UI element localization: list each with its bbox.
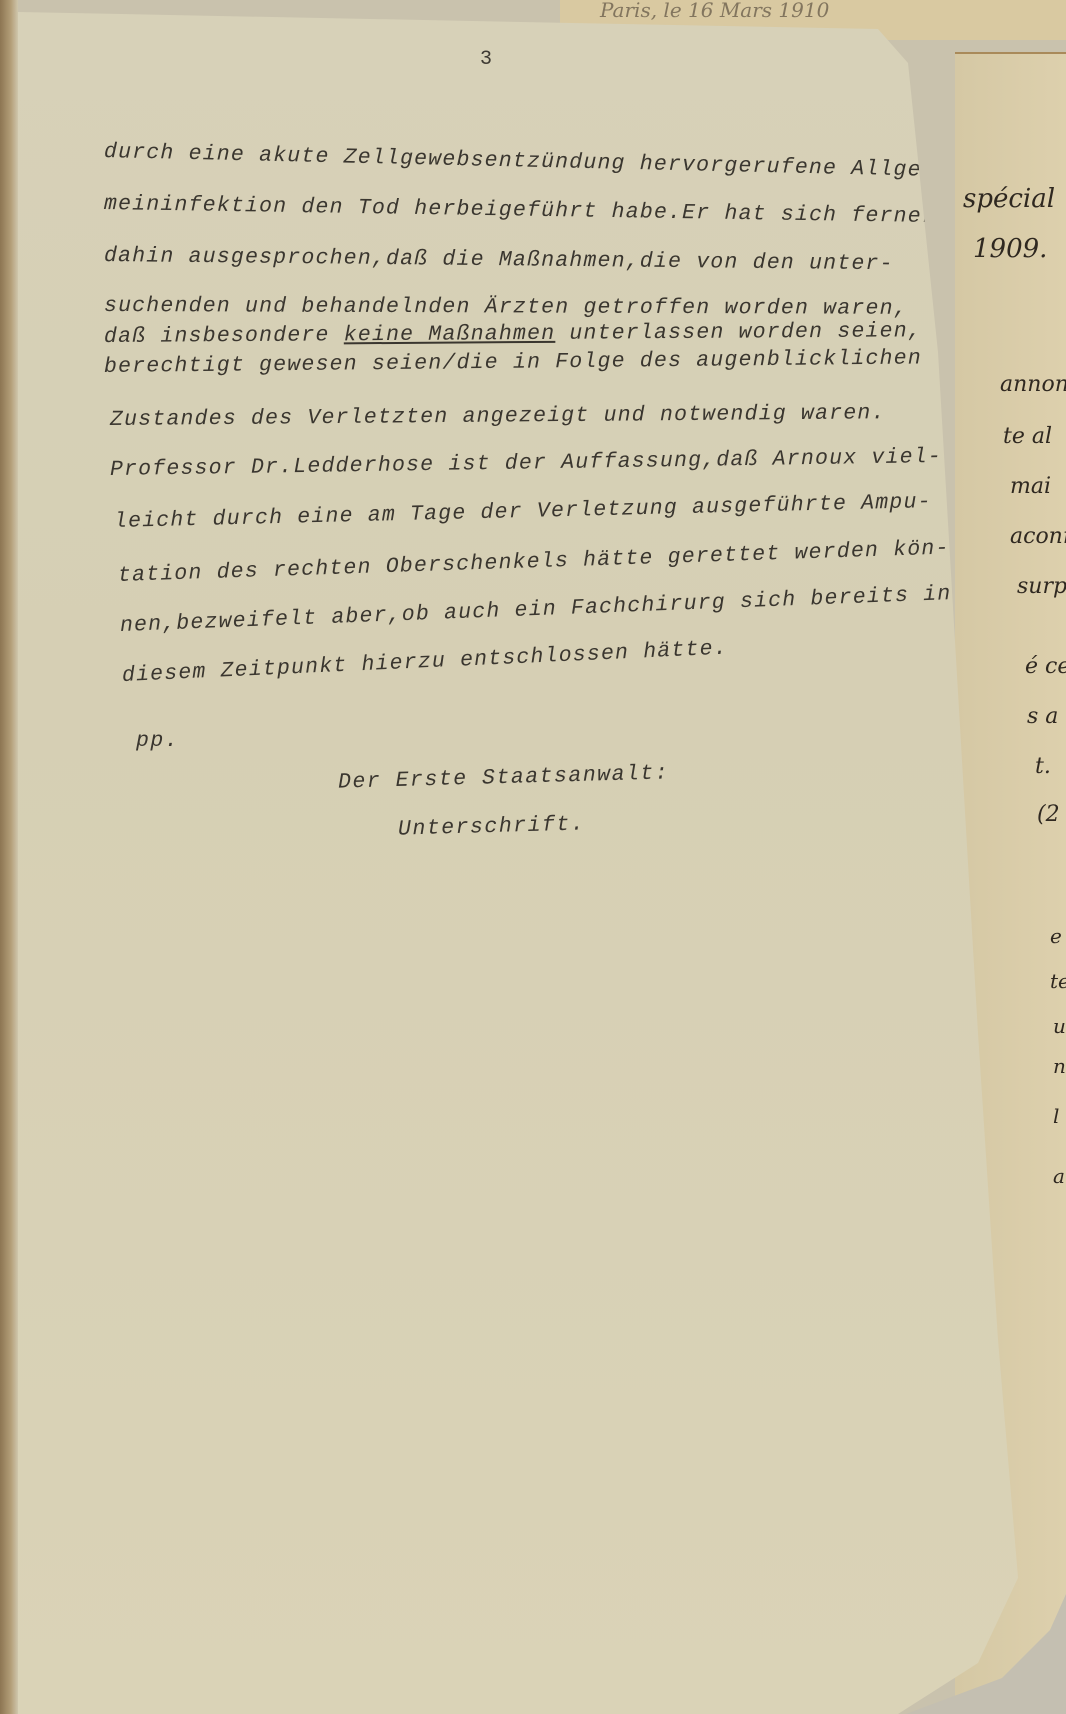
handwritten-fragment: s a bbox=[1027, 704, 1058, 729]
body-line: diesem Zeitpunkt hierzu entschlossen hät… bbox=[121, 637, 728, 688]
handwritten-fragment: l bbox=[1053, 1104, 1059, 1128]
inserted-underlined-text: keine Maßnahmen bbox=[344, 322, 556, 347]
signature: Unterschrift. bbox=[398, 812, 586, 841]
background-page-date: Paris, le 16 Mars 1910 bbox=[600, 0, 829, 22]
handwritten-fragment: e bbox=[1050, 924, 1062, 948]
handwritten-fragment: mai bbox=[1010, 474, 1051, 499]
body-line: suchenden und behandelnden Ärzten getrof… bbox=[104, 294, 908, 321]
typed-page: 3 durch eine akute Zellgewebsentzündung … bbox=[18, 12, 1018, 1714]
handwritten-fragment: aconn bbox=[1010, 524, 1066, 549]
signature-title: Der Erste Staatsanwalt: bbox=[338, 761, 670, 794]
page-number: 3 bbox=[480, 48, 492, 71]
handwritten-fragment: é ce bbox=[1025, 654, 1066, 679]
body-line: dahin ausgesprochen,daß die Maßnahmen,di… bbox=[104, 244, 894, 276]
body-line: Professor Dr.Ledderhose ist der Auffassu… bbox=[110, 445, 942, 482]
body-line: nen,bezweifelt aber,ob auch ein Fachchir… bbox=[120, 582, 952, 638]
body-line: durch eine akute Zellgewebsentzündung he… bbox=[104, 140, 936, 183]
body-line: leicht durch eine am Tage der Verletzung… bbox=[114, 490, 932, 534]
handwritten-fragment: u bbox=[1053, 1014, 1066, 1038]
handwritten-fragment: surp bbox=[1017, 574, 1066, 599]
body-line-inserted: daß insbesondere keine Maßnahmen unterla… bbox=[104, 319, 922, 349]
body-line: tation des rechten Oberschenkels hätte g… bbox=[118, 536, 950, 588]
handwritten-fragment: (2 bbox=[1037, 802, 1060, 827]
handwritten-fragment: annon bbox=[1000, 372, 1066, 397]
folder-edge bbox=[0, 0, 18, 1714]
handwritten-fragment: spécial bbox=[963, 184, 1055, 214]
handwritten-fragment: te bbox=[1050, 969, 1066, 993]
closing-pp: pp. bbox=[136, 729, 179, 753]
handwritten-fragment: te al bbox=[1003, 424, 1052, 449]
handwritten-fragment: t. bbox=[1035, 754, 1051, 779]
body-line: berechtigt gewesen seien/die in Folge de… bbox=[104, 346, 922, 379]
body-line: Zustandes des Verletzten angezeigt und n… bbox=[110, 401, 886, 432]
inserted-suffix: unterlassen worden seien, bbox=[555, 319, 922, 346]
handwritten-fragment: 1909. bbox=[973, 234, 1047, 264]
body-line: meininfektion den Tod herbeigeführt habe… bbox=[104, 192, 936, 229]
inserted-prefix: daß insbesondere bbox=[104, 323, 344, 349]
handwritten-fragment: n bbox=[1053, 1054, 1066, 1078]
handwritten-fragment: a bbox=[1053, 1164, 1065, 1188]
